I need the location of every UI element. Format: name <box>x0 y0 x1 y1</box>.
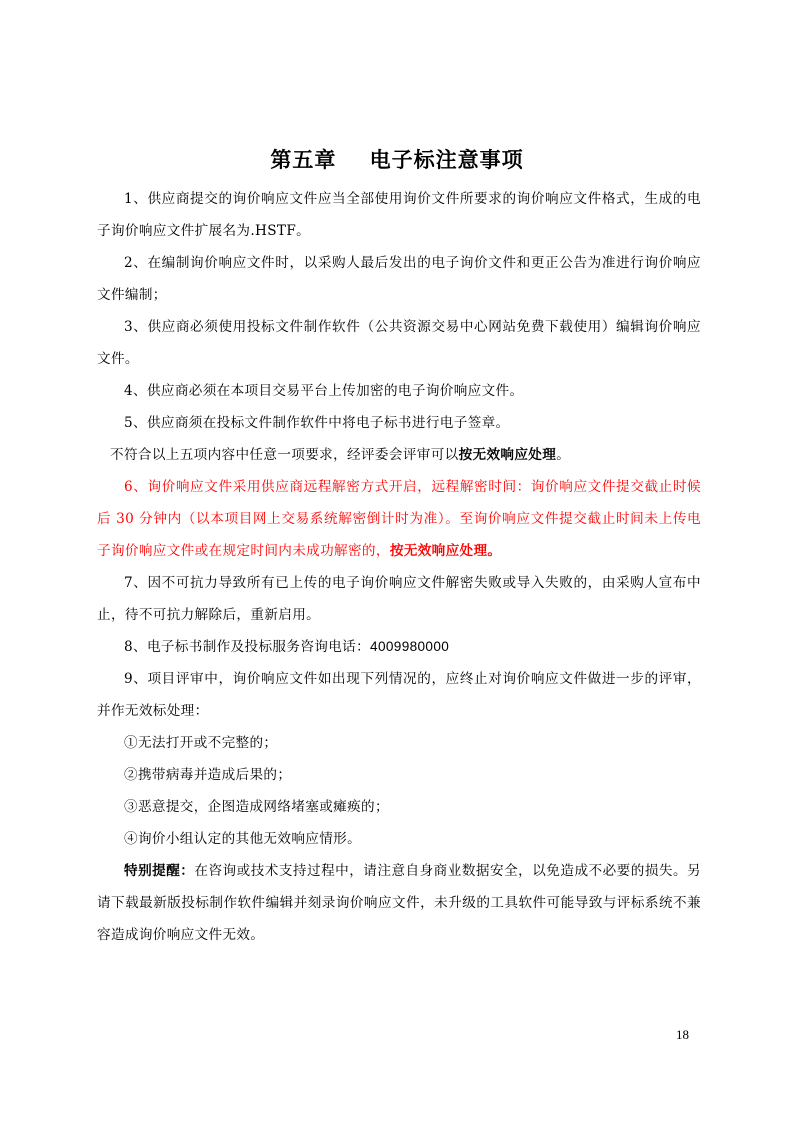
sub-item-1: ①无法打开或不完整的； <box>97 727 701 759</box>
paragraph-1: 1、供应商提交的询价响应文件应当全部使用询价文件所要求的询价响应文件格式，生成的… <box>97 183 701 247</box>
paragraph-7: 7、因不可抗力导致所有已上传的电子询价响应文件解密失败或导入失败的，由采购人宣布… <box>97 567 701 631</box>
paragraph-6-bold-text: 按无效响应处理。 <box>390 543 502 559</box>
paragraph-8-text: 8、电子标书制作及投标服务咨询电话： <box>124 639 370 655</box>
special-reminder: 特别提醒：在咨询或技术支持过程中，请注意自身商业数据安全，以免造成不必要的损失。… <box>97 855 701 951</box>
summary-text: 不符合以上五项内容中任意一项要求，经评委会评审可以 <box>110 447 459 463</box>
paragraph-2: 2、在编制询价响应文件时，以采购人最后发出的电子询价文件和更正公告为准进行询价响… <box>97 247 701 311</box>
sub-item-2: ②携带病毒并造成后果的； <box>97 759 701 791</box>
summary-end: 。 <box>556 447 570 463</box>
page-number: 18 <box>676 1027 689 1043</box>
paragraph-8: 8、电子标书制作及投标服务咨询电话：4009980000 <box>97 631 701 663</box>
sub-item-3: ③恶意提交，企图造成网络堵塞或瘫痪的； <box>97 791 701 823</box>
paragraph-6-warning: 6、询价响应文件采用供应商远程解密方式开启，远程解密时间：询价响应文件提交截止时… <box>97 471 701 567</box>
paragraph-5: 5、供应商须在投标文件制作软件中将电子标书进行电子签章。 <box>97 407 701 439</box>
summary-paragraph: 不符合以上五项内容中任意一项要求，经评委会评审可以按无效响应处理。 <box>97 439 701 471</box>
sub-item-4: ④询价小组认定的其他无效响应情形。 <box>97 823 701 855</box>
paragraph-9: 9、项目评审中，询价响应文件如出现下列情况的，应终止对询价响应文件做进一步的评审… <box>97 663 701 727</box>
document-body: 1、供应商提交的询价响应文件应当全部使用询价文件所要求的询价响应文件格式，生成的… <box>97 183 701 951</box>
reminder-label: 特别提醒： <box>124 863 194 879</box>
document-page: 第五章 电子标注意事项 1、供应商提交的询价响应文件应当全部使用询价文件所要求的… <box>0 0 794 1122</box>
phone-number: 4009980000 <box>370 639 449 654</box>
summary-bold-text: 按无效响应处理 <box>459 447 557 463</box>
paragraph-4: 4、供应商必须在本项目交易平台上传加密的电子询价响应文件。 <box>97 375 701 407</box>
chapter-title: 第五章 电子标注意事项 <box>0 145 794 175</box>
paragraph-3: 3、供应商必须使用投标文件制作软件（公共资源交易中心网站免费下载使用）编辑询价响… <box>97 311 701 375</box>
